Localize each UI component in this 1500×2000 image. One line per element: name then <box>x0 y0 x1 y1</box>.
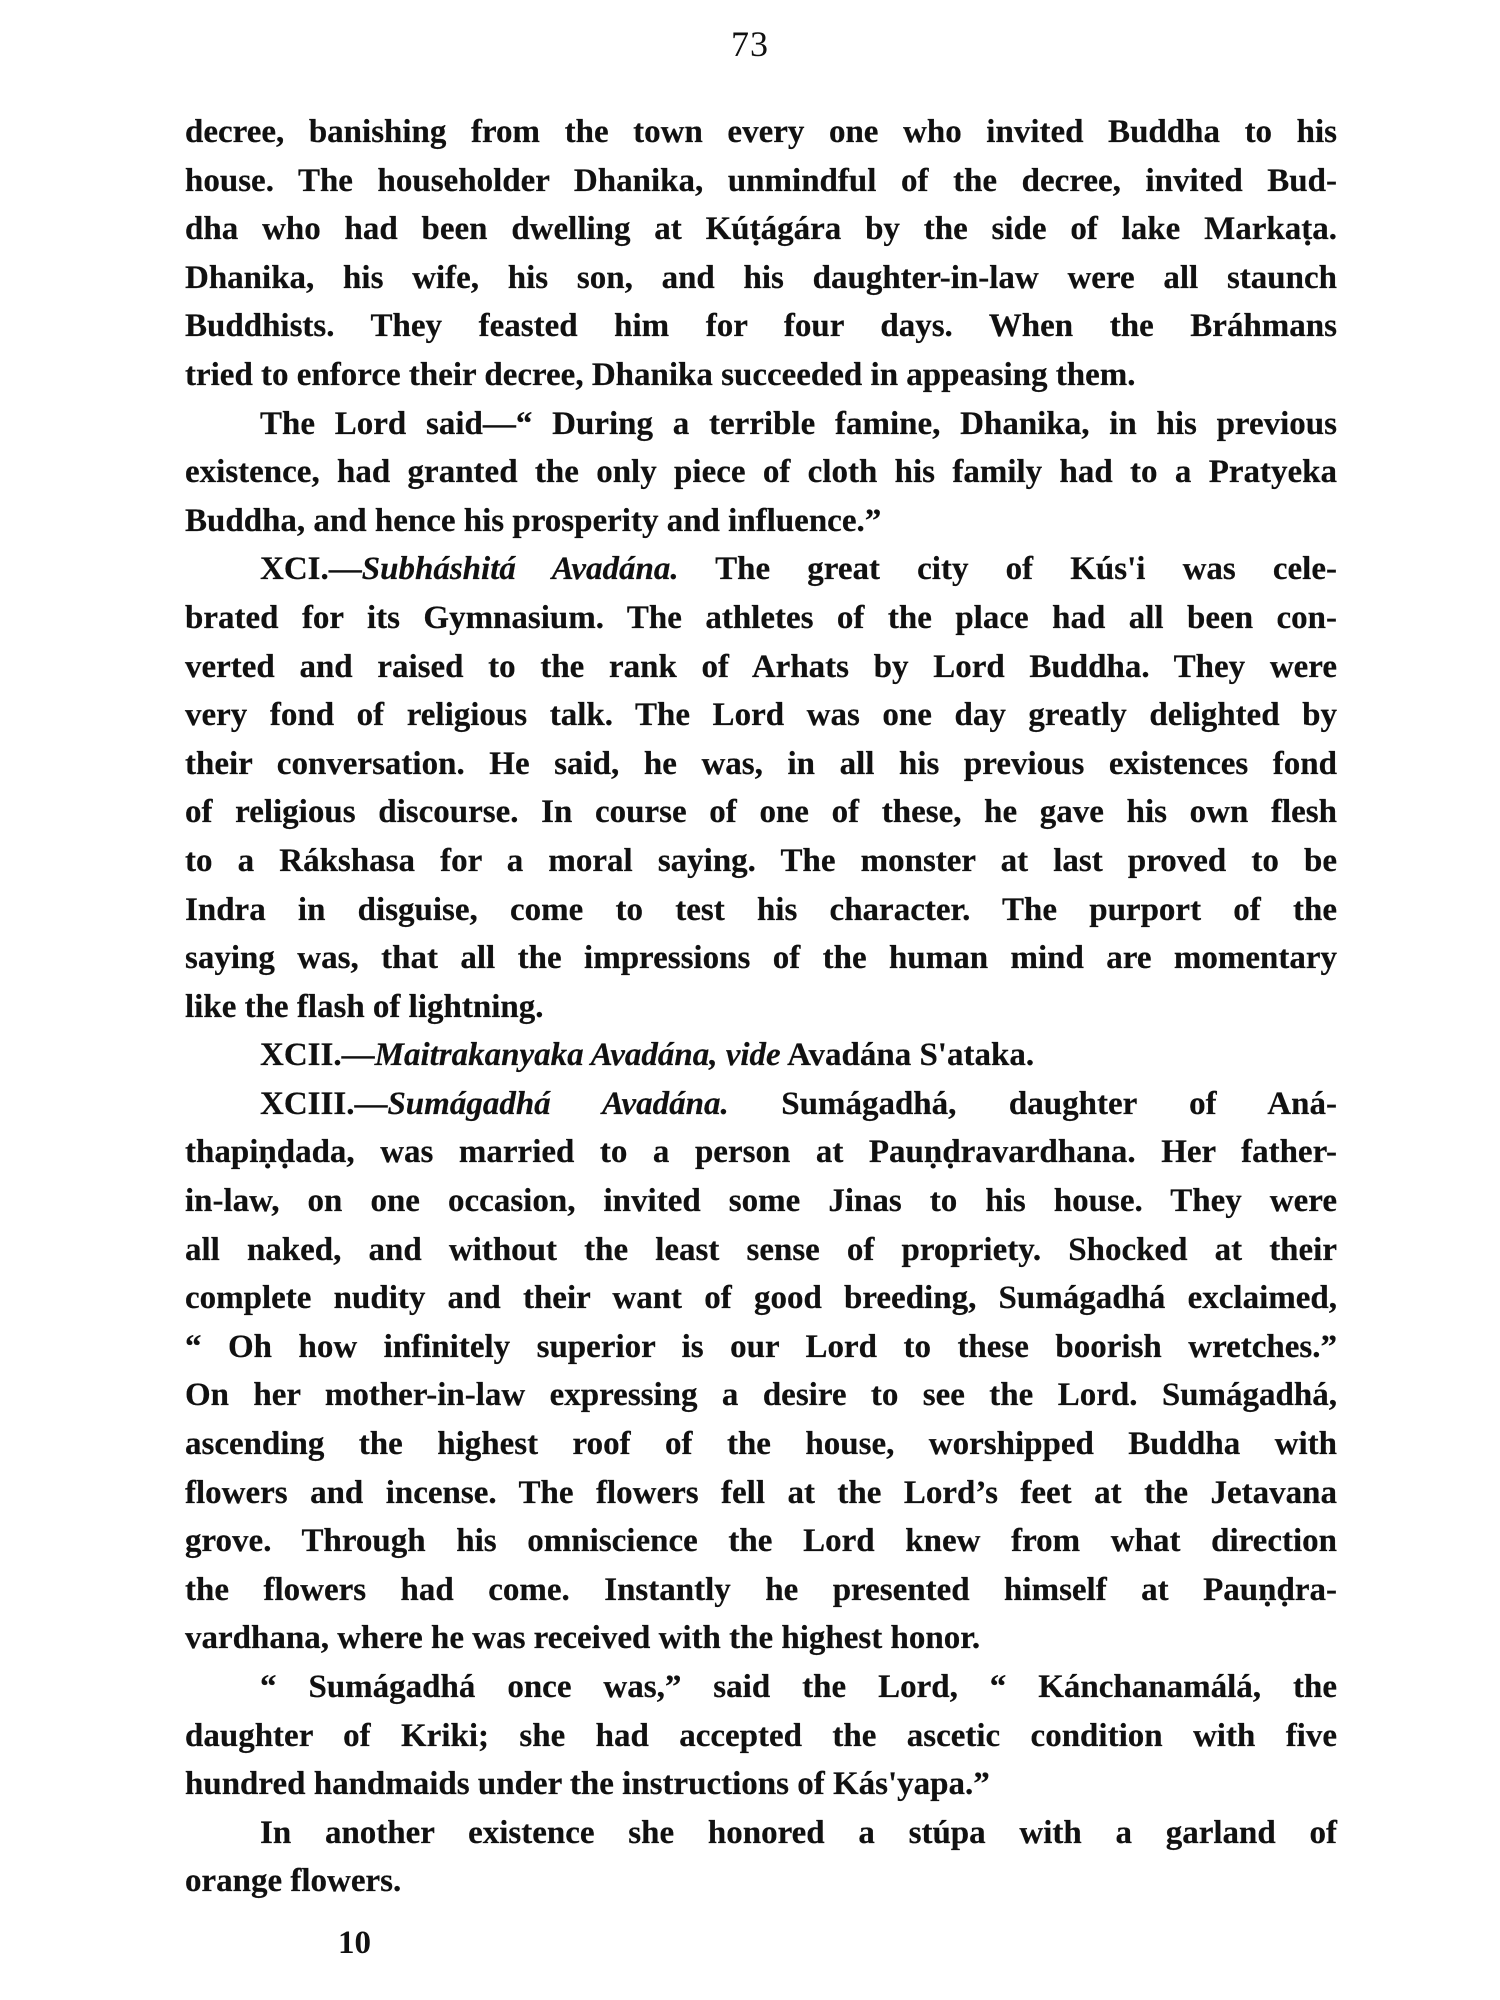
text-line: decree, banishing from the town every on… <box>185 108 1337 157</box>
text-line: flowers and incense. The flowers fell at… <box>185 1469 1337 1518</box>
signature-mark: 10 <box>338 1923 371 1963</box>
text-line: complete nudity and their want of good b… <box>185 1274 1337 1323</box>
paragraph-kanchanamala: “ Sumágadhá once was,” said the Lord, “ … <box>185 1663 1337 1809</box>
page-number: 73 <box>0 22 1500 66</box>
text-line: existence, had granted the only piece of… <box>185 448 1337 497</box>
text-line: house. The householder Dhanika, unmindfu… <box>185 157 1337 206</box>
page-body: decree, banishing from the town every on… <box>185 108 1337 1906</box>
text-line: “ Oh how infinitely superior is our Lord… <box>185 1323 1337 1372</box>
section-numeral: XCII.— <box>260 1037 375 1073</box>
text-line: to a Rákshasa for a moral saying. The mo… <box>185 837 1337 886</box>
section-xciii: XCIII.—Sumágadhá Avadána. Sumágadhá, dau… <box>185 1080 1337 1663</box>
text-line: In another existence she honored a stúpa… <box>185 1809 1337 1858</box>
section-numeral: XCIII.— <box>260 1086 387 1122</box>
paragraph-lord-said: The Lord said—“ During a terrible famine… <box>185 400 1337 546</box>
text-line: On her mother-in-law expressing a desire… <box>185 1371 1337 1420</box>
text-fragment: Sumágadhá, daughter of Aná- <box>729 1086 1337 1122</box>
text-line: ascending the highest roof of the house,… <box>185 1420 1337 1469</box>
paragraph-another-existence: In another existence she honored a stúpa… <box>185 1809 1337 1906</box>
text-line: grove. Through his omniscience the Lord … <box>185 1517 1337 1566</box>
text-line: tried to enforce their decree, Dhanika s… <box>185 351 1337 400</box>
text-fragment: The great city of Kús'i was cele- <box>679 551 1337 587</box>
text-line: Buddhists. They feasted him for four day… <box>185 302 1337 351</box>
text-line: the flowers had come. Instantly he prese… <box>185 1566 1337 1615</box>
text-line: brated for its Gymnasium. The athletes o… <box>185 594 1337 643</box>
section-numeral: XCI.— <box>260 551 362 587</box>
text-line: The Lord said—“ During a terrible famine… <box>185 400 1337 449</box>
text-line: “ Sumágadhá once was,” said the Lord, “ … <box>185 1663 1337 1712</box>
text-line: Buddha, and hence his prosperity and inf… <box>185 497 1337 546</box>
section-heading-line: XCI.—Subháshitá Avadána. The great city … <box>185 545 1337 594</box>
text-fragment: Avadána S'ataka. <box>781 1037 1034 1073</box>
text-line: Indra in disguise, come to test his char… <box>185 886 1337 935</box>
text-line: very fond of religious talk. The Lord wa… <box>185 691 1337 740</box>
text-line: in-law, on one occasion, invited some Ji… <box>185 1177 1337 1226</box>
text-line: verted and raised to the rank of Arhats … <box>185 643 1337 692</box>
text-line: daughter of Kriki; she had accepted the … <box>185 1712 1337 1761</box>
section-heading-line: XCIII.—Sumágadhá Avadána. Sumágadhá, dau… <box>185 1080 1337 1129</box>
section-title: Sumágadhá Avadána. <box>387 1086 728 1122</box>
text-line: Dhanika, his wife, his son, and his daug… <box>185 254 1337 303</box>
text-line: orange flowers. <box>185 1857 1337 1906</box>
section-title: Subháshitá Avadána. <box>362 551 679 587</box>
text-line: thapiṇḍada, was married to a person at P… <box>185 1128 1337 1177</box>
text-line: hundred handmaids under the instructions… <box>185 1760 1337 1809</box>
text-line: dha who had been dwelling at Kúṭágára by… <box>185 205 1337 254</box>
paragraph-dhanika-continuation: decree, banishing from the town every on… <box>185 108 1337 400</box>
section-title: Maitrakanyaka Avadána, vide <box>375 1037 781 1073</box>
text-line: like the flash of lightning. <box>185 983 1337 1032</box>
section-xci: XCI.—Subháshitá Avadána. The great city … <box>185 545 1337 1031</box>
text-line: saying was, that all the impressions of … <box>185 934 1337 983</box>
section-xcii: XCII.—Maitrakanyaka Avadána, vide Avadán… <box>185 1031 1337 1080</box>
text-line: vardhana, where he was received with the… <box>185 1614 1337 1663</box>
section-heading-line: XCII.—Maitrakanyaka Avadána, vide Avadán… <box>185 1031 1337 1080</box>
text-line: all naked, and without the least sense o… <box>185 1226 1337 1275</box>
text-line: of religious discourse. In course of one… <box>185 788 1337 837</box>
text-line: their conversation. He said, he was, in … <box>185 740 1337 789</box>
